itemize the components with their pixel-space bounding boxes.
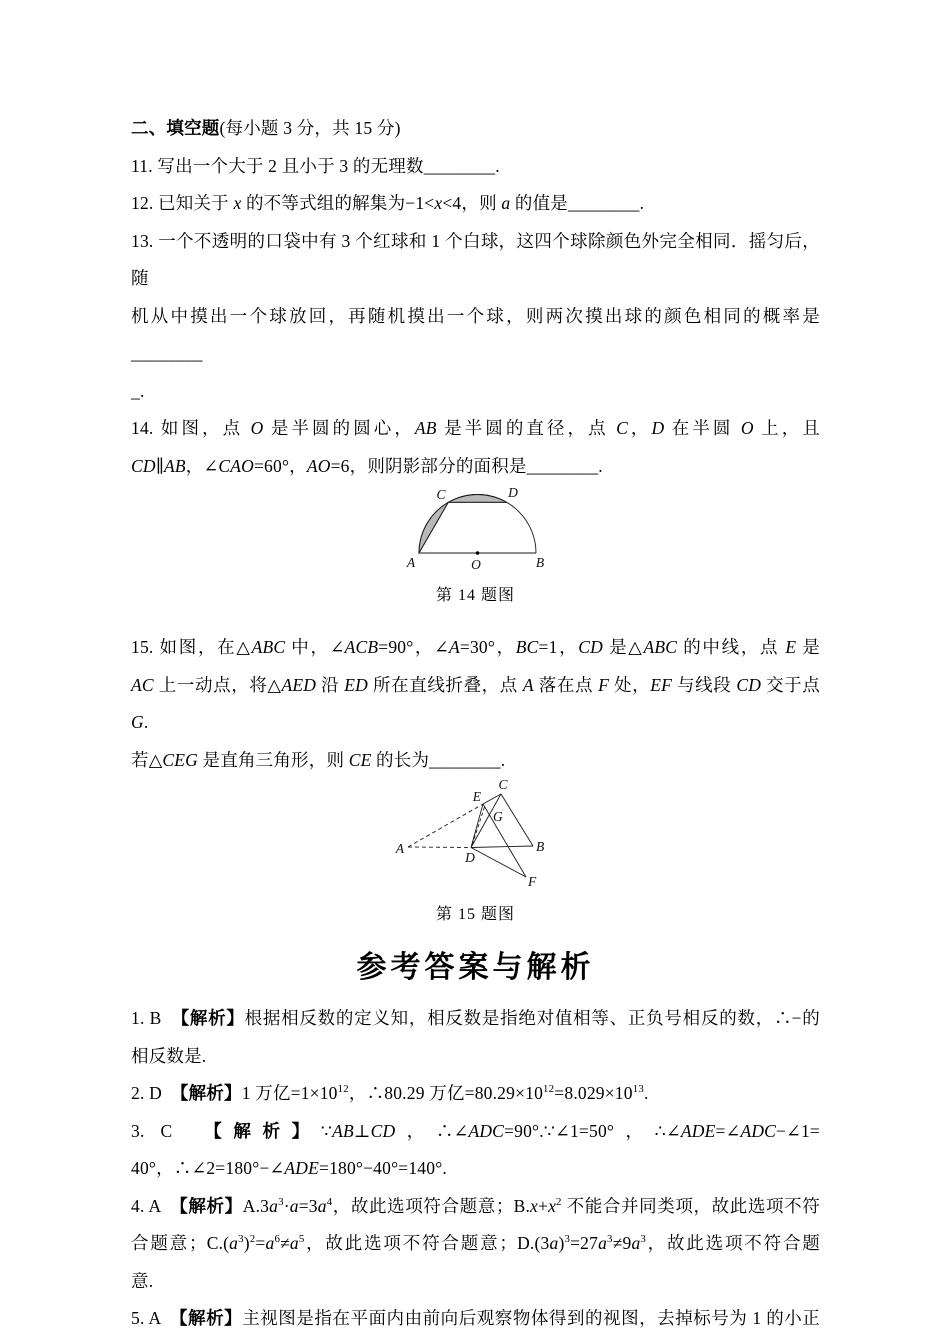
line-ef — [483, 804, 526, 877]
question-12-line-1: 12. 已知关于 x 的不等式组的解集为−1<x<4，则 a 的值是______… — [131, 185, 820, 223]
answer-1-line-1: 1. B 【解析】根据相反数的定义知，相反数是指绝对值相等、正负号相反的数，∴−… — [131, 1000, 820, 1038]
point-label-g: G — [493, 809, 503, 824]
point-label-a: A — [405, 555, 415, 570]
question-14-line-1: 14. 如图，点 O 是半圆的圆心，AB 是半圆的直径，点 C，D 在半圆 O … — [131, 410, 820, 448]
figure-14-caption: 第 14 题图 — [131, 580, 820, 611]
point-label-o: O — [471, 557, 481, 572]
question-13-line-3: _. — [131, 373, 820, 411]
question-15-line-3: 若△CEG 是直角三角形，则 CE 的长为________. — [131, 742, 820, 780]
center-dot-o — [475, 551, 479, 555]
answer-1-line-2: 相反数是. — [131, 1038, 820, 1076]
point-label-b: B — [536, 839, 544, 854]
document-page: 二、填空题(每小题 3 分，共 15 分) 11. 写出一个大于 2 且小于 3… — [0, 0, 950, 1344]
answer-4-line-2: 合题意；C.(a3)2=a6≠a5，故此选项不符合题意；D.(3a)3=27a3… — [131, 1225, 820, 1263]
section-header-title: 二、填空题 — [131, 118, 220, 138]
point-label-c: C — [498, 779, 508, 792]
answers-heading: 参考答案与解析 — [131, 942, 820, 994]
point-label-a: A — [394, 841, 404, 856]
point-label-d: D — [507, 485, 518, 500]
figure-15-caption: 第 15 题图 — [131, 899, 820, 930]
figure-14: A O B C D 第 14 题图 — [131, 485, 820, 611]
line-db — [471, 846, 533, 848]
chord-ac — [419, 502, 448, 553]
semicircle-arc — [419, 495, 536, 554]
answer-4-line-1: 4. A 【解析】A.3a3·a=3a4，故此选项符合题意；B.x+x2 不能合… — [131, 1188, 820, 1226]
figure-15: A D B C E G F 第 15 题图 — [131, 779, 820, 930]
point-label-b: B — [535, 555, 543, 570]
answer-3-line-2: 40°，∴∠2=180°−∠ADE=180°−40°=140°. — [131, 1150, 820, 1188]
point-label-e: E — [471, 789, 481, 804]
answer-3-line-1: 3. C 【解析】∵AB⊥CD，∴∠ADC=90°.∵∠1=50°，∴∠ADE=… — [131, 1113, 820, 1151]
semicircle-diagram: A O B C D — [391, 485, 561, 580]
question-15-line-2: AC 上一动点，将△AED 沿 ED 所在直线折叠，点 A 落在点 F 处，EF… — [131, 667, 820, 742]
question-15-line-1: 15. 如图，在△ABC 中，∠ACB=90°，∠A=30°，BC=1，CD 是… — [131, 629, 820, 667]
point-label-d: D — [464, 850, 475, 865]
answer-4-line-3: 意. — [131, 1263, 820, 1301]
answer-5-line-1: 5. A 【解析】主视图是指在平面内由前向后观察物体得到的视图，去掉标号为 1 … — [131, 1300, 820, 1338]
question-13-line-2: 机从中摸出一个球放回，再随机摸出一个球，则两次摸出球的颜色相同的概率是_____… — [131, 298, 820, 373]
triangle-fold-diagram: A D B C E G F — [386, 779, 566, 899]
dashed-line-ad — [408, 847, 471, 848]
question-13-line-1: 13. 一个不透明的口袋中有 3 个红球和 1 个白球，这四个球除颜色外完全相同… — [131, 223, 820, 298]
section-header: 二、填空题(每小题 3 分，共 15 分) — [131, 110, 820, 148]
point-label-f: F — [527, 874, 537, 889]
point-label-c: C — [436, 487, 446, 502]
section-header-points: (每小题 3 分，共 15 分) — [220, 118, 401, 138]
question-14-line-2: CD∥AB，∠CAO=60°，AO=6，则阴影部分的面积是________. — [131, 448, 820, 486]
answer-2-line-1: 2. D 【解析】1 万亿=1×1012，∴80.29 万亿=80.29×101… — [131, 1075, 820, 1113]
dashed-line-ae — [408, 804, 483, 847]
question-11-line-1: 11. 写出一个大于 2 且小于 3 的无理数________. — [131, 148, 820, 186]
line-cb — [501, 794, 533, 846]
fold-line-ed — [471, 804, 483, 848]
